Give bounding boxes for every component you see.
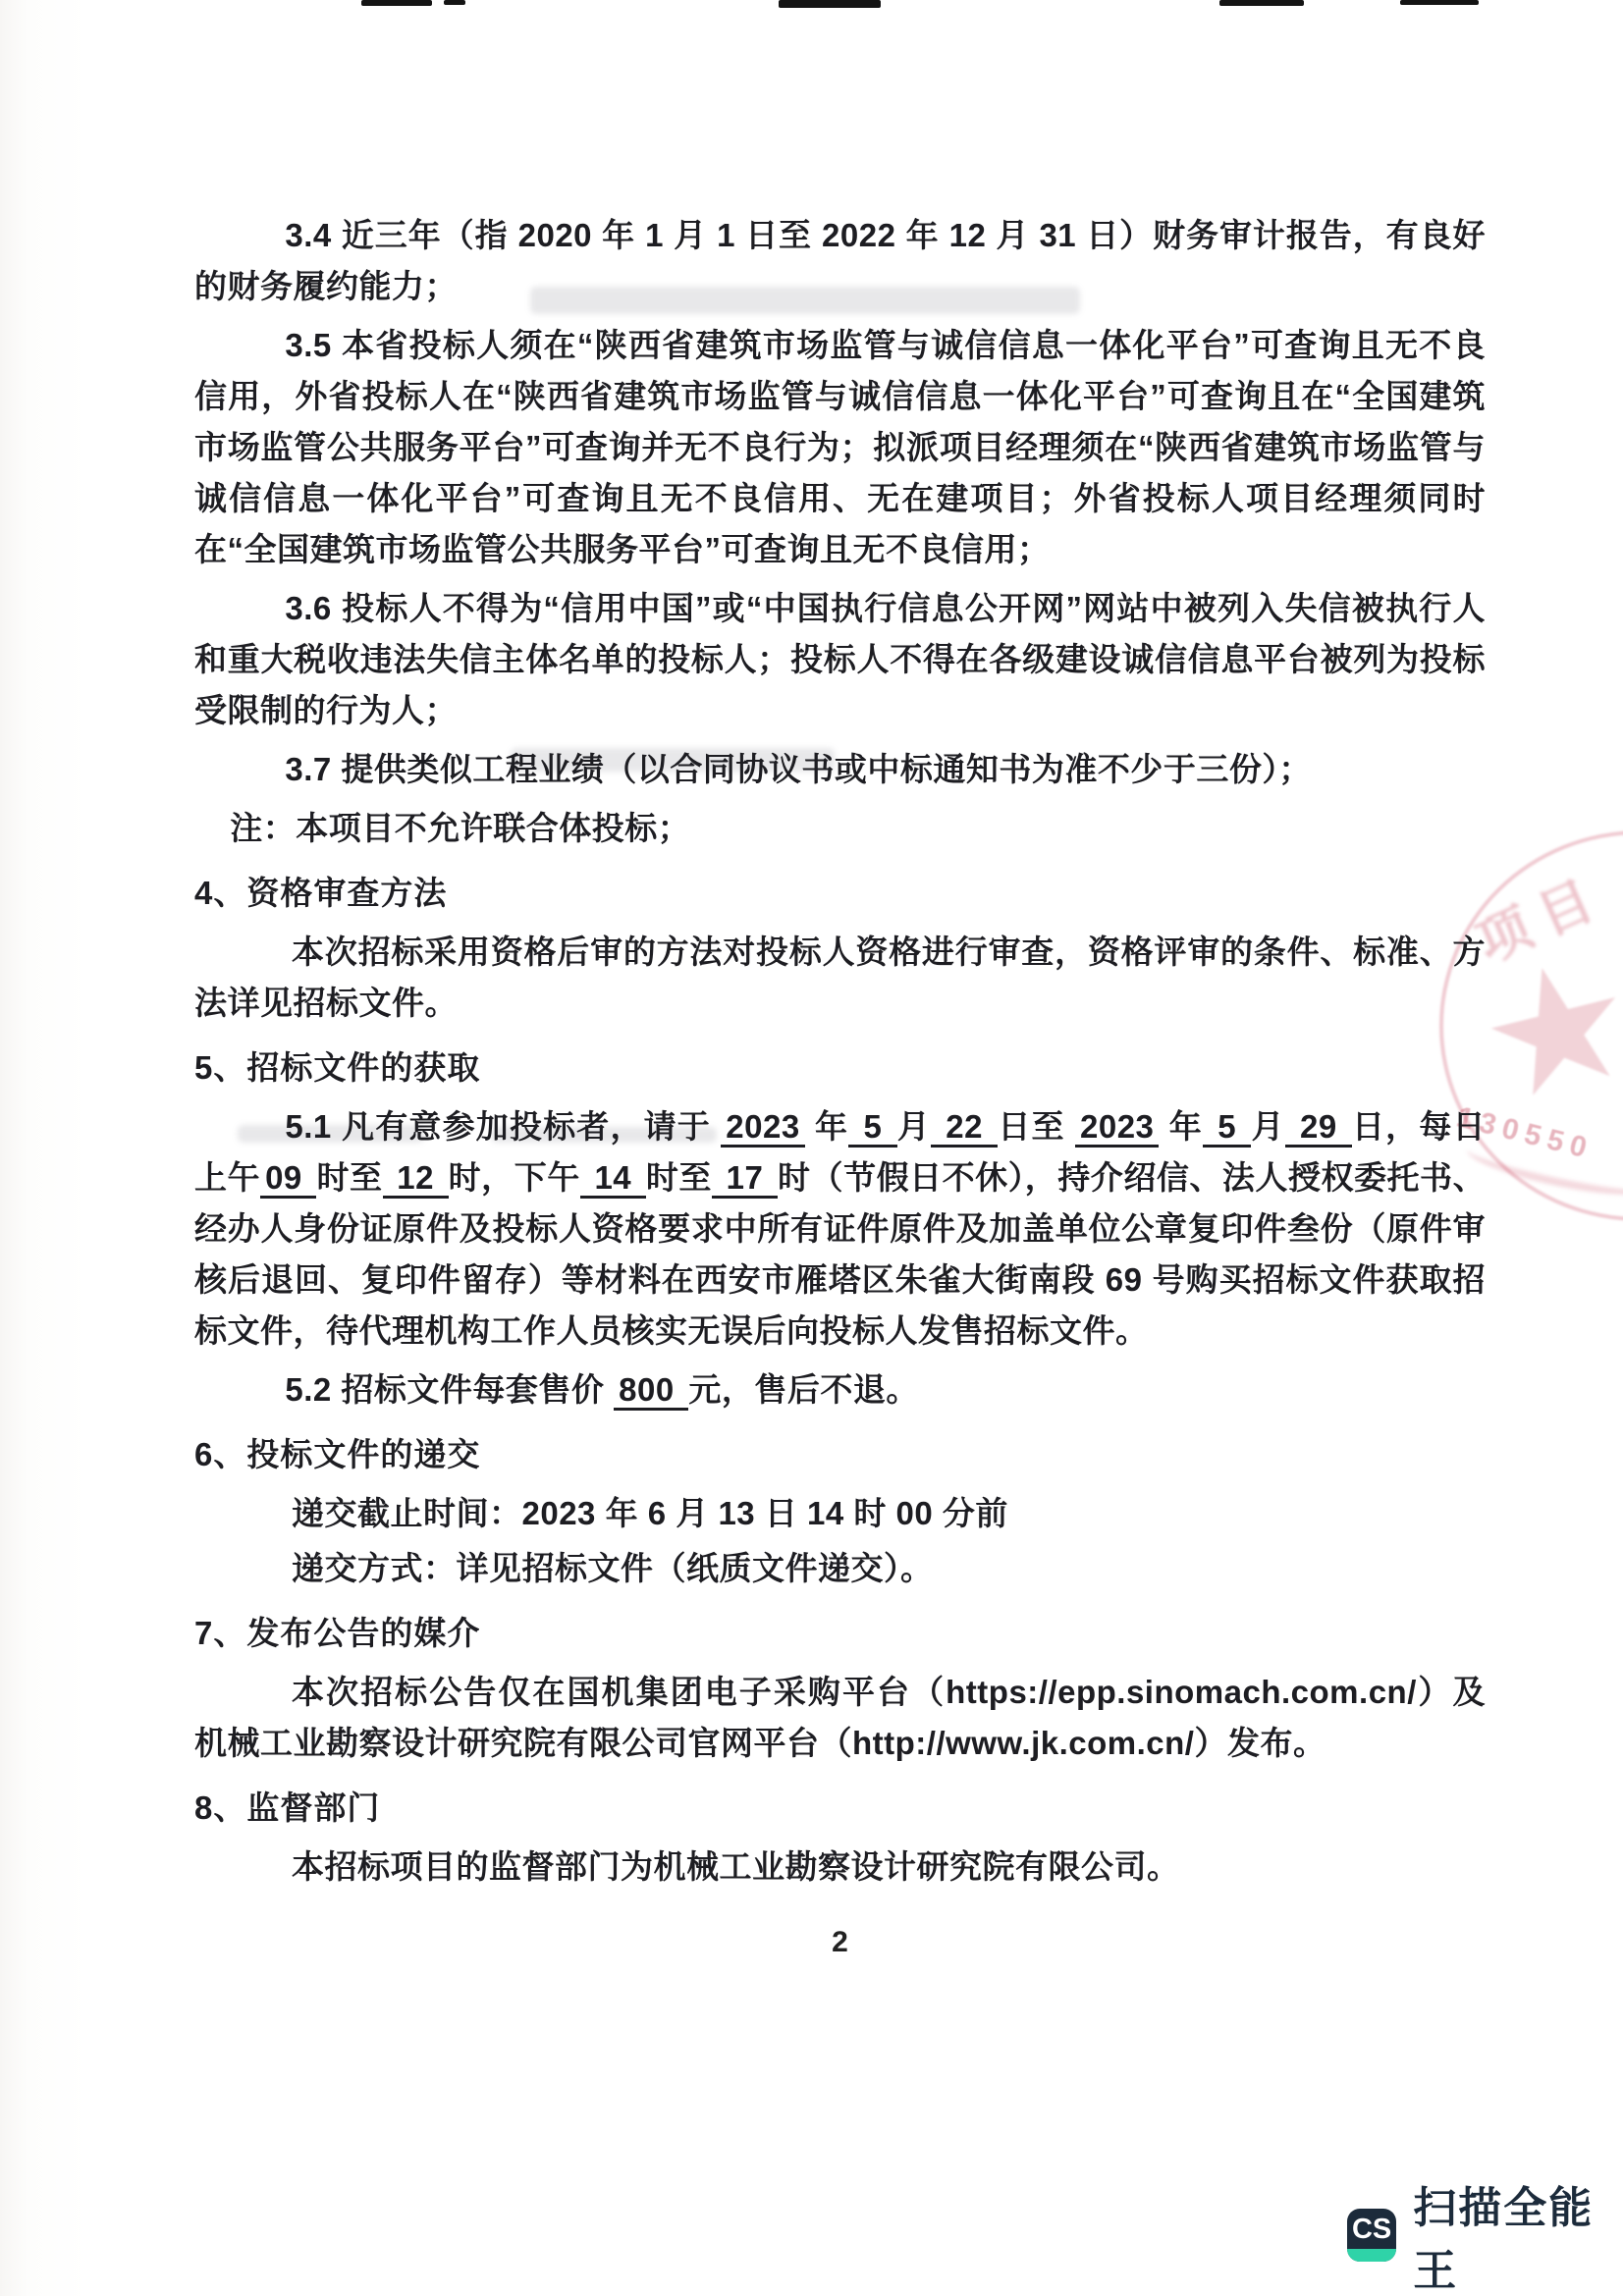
scan-artifact <box>1219 0 1304 6</box>
paragraph: 本招标项目的监督部门为机械工业勘察设计研究院有限公司。 <box>194 1842 1486 1893</box>
paragraph: 本次招标采用资格后审的方法对投标人资格进行审查，资格评审的条件、标准、方法详见招… <box>194 927 1486 1029</box>
underlined-value: 29 <box>1285 1108 1352 1148</box>
underlined-value: 800 <box>614 1371 688 1411</box>
section-heading: 4、资格审查方法 <box>194 868 1486 919</box>
underlined-value: 22 <box>931 1108 998 1148</box>
seal-star-icon: ★ <box>1465 931 1623 1129</box>
paragraph: 递交截止时间：2023 年 6 月 13 日 14 时 00 分前 <box>194 1488 1486 1539</box>
paragraph: 3.5 本省投标人须在“陕西省建筑市场监管与诚信信息一体化平台”可查询且无不良信… <box>194 320 1486 575</box>
text-run: 3.4 近三年（指 2020 年 1 月 1 日至 2022 年 12 月 31… <box>194 217 1486 304</box>
underlined-value: 2023 <box>1075 1108 1159 1148</box>
underlined-value: 14 <box>580 1159 646 1199</box>
section-heading: 6、投标文件的递交 <box>194 1429 1486 1480</box>
text-run: 本次招标采用资格后审的方法对投标人资格进行审查，资格评审的条件、标准、方法详见招… <box>194 934 1486 1021</box>
text-run: 5、招标文件的获取 <box>194 1049 480 1086</box>
underlined-value: 5 <box>848 1108 897 1148</box>
text-run: 年 <box>1159 1108 1203 1145</box>
paragraph: 5.1 凡有意参加投标者，请于 2023 年 5 月 22 日至 2023 年 … <box>194 1101 1486 1357</box>
text-run: 本招标项目的监督部门为机械工业勘察设计研究院有限公司。 <box>292 1848 1180 1885</box>
scanned-page: 项目 ★ 130550 3.4 近三年（指 2020 年 1 月 1 日至 20… <box>0 0 1623 2296</box>
seal-arc <box>1464 1134 1623 1205</box>
section-heading: 5、招标文件的获取 <box>194 1042 1486 1094</box>
text-run: 3.5 本省投标人须在“陕西省建筑市场监管与诚信信息一体化平台”可查询且无不良信… <box>194 327 1486 567</box>
underlined-value: 17 <box>712 1159 778 1199</box>
scan-artifact <box>361 0 432 6</box>
camscanner-watermark: CS 扫描全能王 <box>1347 2208 1623 2263</box>
underlined-value: 5 <box>1203 1108 1252 1148</box>
paragraph: 注：本项目不允许联合体投标； <box>194 803 1486 854</box>
paragraph: 3.4 近三年（指 2020 年 1 月 1 日至 2022 年 12 月 31… <box>194 210 1486 312</box>
underlined-value: 2023 <box>721 1108 804 1148</box>
scan-artifact <box>779 0 881 8</box>
scan-artifact <box>1400 0 1479 5</box>
text-run: 月 <box>1251 1108 1284 1145</box>
paragraph: 3.7 提供类似工程业绩（以合同协议书或中标通知书为准不少于三份）； <box>194 744 1486 795</box>
text-run: 4、资格审查方法 <box>194 875 447 911</box>
page-number: 2 <box>194 1926 1486 1959</box>
text-run: 递交方式：详见招标文件（纸质文件递交）。 <box>292 1550 934 1586</box>
camscanner-logo-text: CS <box>1352 2209 1391 2250</box>
scan-artifact <box>444 0 465 5</box>
underlined-value: 12 <box>383 1159 449 1199</box>
camscanner-logo-icon: CS <box>1347 2209 1396 2262</box>
text-run: 时至 <box>646 1159 712 1196</box>
section-heading: 7、发布公告的媒介 <box>194 1608 1486 1659</box>
text-run: 月 <box>897 1108 931 1145</box>
document-content: 3.4 近三年（指 2020 年 1 月 1 日至 2022 年 12 月 31… <box>194 210 1486 1896</box>
camscanner-logo-accent <box>1347 2249 1396 2262</box>
camscanner-app-name: 扫描全能王 <box>1413 2172 1623 2296</box>
text-run: 注：本项目不允许联合体投标； <box>230 810 690 846</box>
text-run: 日至 <box>998 1108 1075 1145</box>
section-heading: 8、监督部门 <box>194 1783 1486 1834</box>
text-run: 时，下午 <box>449 1159 580 1196</box>
paragraph: 3.6 投标人不得为“信用中国”或“中国执行信息公开网”网站中被列入失信被执行人… <box>194 583 1486 736</box>
paragraph: 本次招标公告仅在国机集团电子采购平台（https://epp.sinomach.… <box>194 1667 1486 1769</box>
text-run: 7、发布公告的媒介 <box>194 1615 480 1651</box>
text-run: 5.1 凡有意参加投标者，请于 <box>285 1108 721 1145</box>
text-run: 3.7 提供类似工程业绩（以合同协议书或中标通知书为准不少于三份）； <box>285 751 1312 787</box>
text-run: 年 <box>805 1108 849 1145</box>
text-run: 递交截止时间：2023 年 6 月 13 日 14 时 00 分前 <box>292 1495 1008 1531</box>
seal-text: 项目 <box>1463 854 1616 978</box>
paragraph: 5.2 招标文件每套售价 800 元，售后不退。 <box>194 1364 1486 1415</box>
text-run: 6、投标文件的递交 <box>194 1436 480 1472</box>
underlined-value: 09 <box>260 1159 316 1199</box>
text-run: 8、监督部门 <box>194 1789 380 1826</box>
text-run: 元，售后不退。 <box>688 1371 919 1408</box>
text-run: 时至 <box>316 1159 382 1196</box>
text-run: 本次招标公告仅在国机集团电子采购平台（https://epp.sinomach.… <box>194 1674 1486 1761</box>
text-run: 5.2 招标文件每套售价 <box>285 1371 614 1408</box>
text-run: 3.6 投标人不得为“信用中国”或“中国执行信息公开网”网站中被列入失信被执行人… <box>194 590 1486 728</box>
paragraph: 递交方式：详见招标文件（纸质文件递交）。 <box>194 1543 1486 1594</box>
